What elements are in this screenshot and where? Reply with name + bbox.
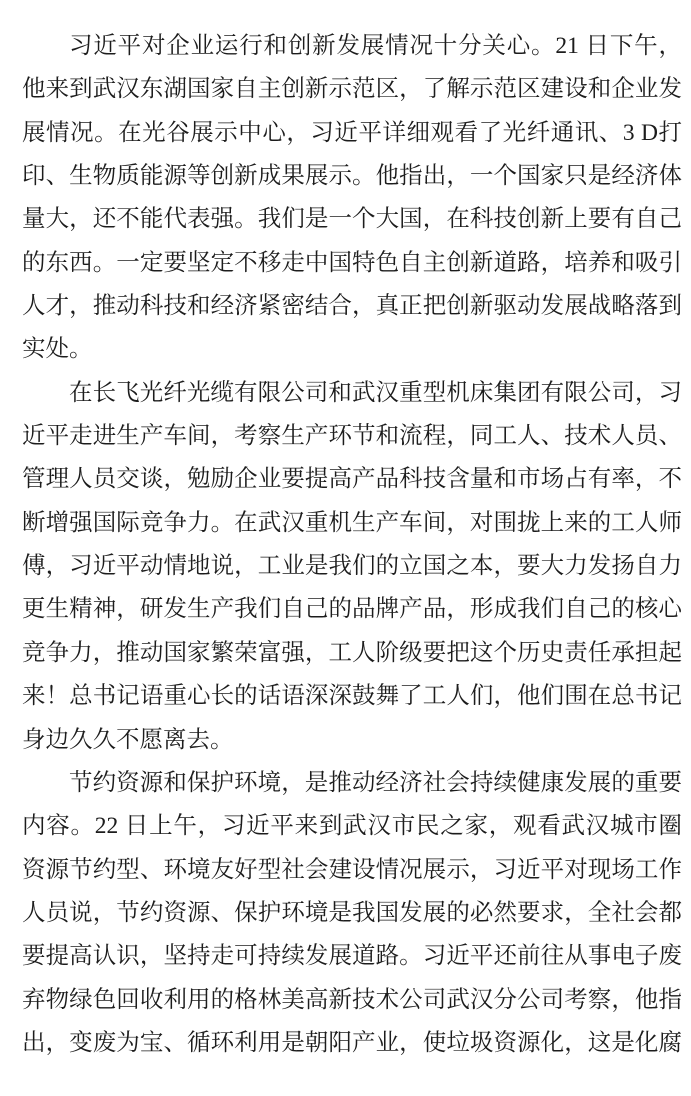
text-line: 断增强国际竞争力。在武汉重机生产车间，对围拢上来的工人师 xyxy=(22,502,682,545)
document-body: 习近平对企业运行和创新发展情况十分关心。21 日下午，他来到武汉东湖国家自主创新… xyxy=(22,25,682,1065)
text-line: 要提高认识，坚持走可持续发展道路。习近平还前往从事电子废 xyxy=(22,935,682,978)
text-line: 实处。 xyxy=(22,328,682,371)
text-line: 来！总书记语重心长的话语深深鼓舞了工人们，他们围在总书记 xyxy=(22,675,682,718)
paragraph: 在长飞光纤光缆有限公司和武汉重型机床集团有限公司，习近平走进生产车间，考察生产环… xyxy=(22,372,682,762)
text-line: 量大，还不能代表强。我们是一个大国，在科技创新上要有自己 xyxy=(22,198,682,241)
paragraph: 习近平对企业运行和创新发展情况十分关心。21 日下午，他来到武汉东湖国家自主创新… xyxy=(22,25,682,372)
text-line: 出，变废为宝、循环利用是朝阳产业，使垃圾资源化，这是化腐 xyxy=(22,1022,682,1065)
text-line: 傅，习近平动情地说，工业是我们的立国之本，要大力发扬自力 xyxy=(22,545,682,588)
text-line: 身边久久不愿离去。 xyxy=(22,719,682,762)
text-line: 节约资源和保护环境，是推动经济社会持续健康发展的重要 xyxy=(22,762,682,805)
text-line: 人才，推动科技和经济紧密结合，真正把创新驱动发展战略落到 xyxy=(22,285,682,328)
text-line: 印、生物质能源等创新成果展示。他指出，一个国家只是经济体 xyxy=(22,155,682,198)
text-line: 管理人员交谈，勉励企业要提高产品科技含量和市场占有率，不 xyxy=(22,458,682,501)
text-line: 习近平对企业运行和创新发展情况十分关心。21 日下午， xyxy=(22,25,682,68)
text-line: 弃物绿色回收利用的格林美高新技术公司武汉分公司考察，他指 xyxy=(22,979,682,1022)
text-line: 内容。22 日上午，习近平来到武汉市民之家，观看武汉城市圈 xyxy=(22,805,682,848)
document-page: 习近平对企业运行和创新发展情况十分关心。21 日下午，他来到武汉东湖国家自主创新… xyxy=(0,0,691,1096)
text-line: 更生精神，研发生产我们自己的品牌产品，形成我们自己的核心 xyxy=(22,588,682,631)
text-line: 近平走进生产车间，考察生产环节和流程，同工人、技术人员、 xyxy=(22,415,682,458)
text-line: 人员说，节约资源、保护环境是我国发展的必然要求，全社会都 xyxy=(22,892,682,935)
text-line: 的东西。一定要坚定不移走中国特色自主创新道路，培养和吸引 xyxy=(22,242,682,285)
text-line: 竞争力，推动国家繁荣富强，工人阶级要把这个历史责任承担起 xyxy=(22,632,682,675)
paragraph: 节约资源和保护环境，是推动经济社会持续健康发展的重要内容。22 日上午，习近平来… xyxy=(22,762,682,1065)
text-line: 资源节约型、环境友好型社会建设情况展示，习近平对现场工作 xyxy=(22,849,682,892)
text-line: 在长飞光纤光缆有限公司和武汉重型机床集团有限公司，习 xyxy=(22,372,682,415)
text-line: 展情况。在光谷展示中心，习近平详细观看了光纤通讯、3 D打 xyxy=(22,112,682,155)
text-line: 他来到武汉东湖国家自主创新示范区，了解示范区建设和企业发 xyxy=(22,68,682,111)
